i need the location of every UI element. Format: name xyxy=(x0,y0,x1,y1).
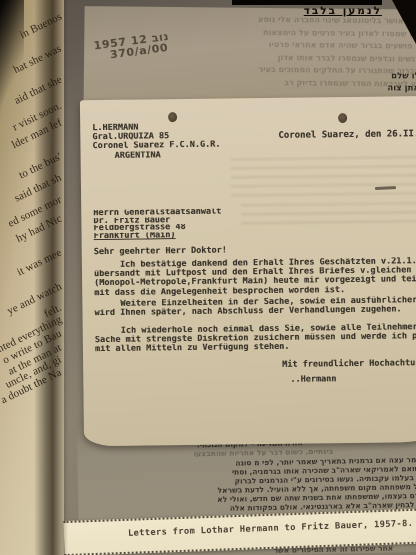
left-page-text-fragment: it was mee xyxy=(15,247,63,279)
letter-paragraph: Weitere Einzelheiten in der Sache, sowie… xyxy=(94,296,416,319)
book-photo: נאמר אושר בליטונטאג שינוי הסברה אלי נוסע… xyxy=(0,0,416,555)
ghost-text-smear xyxy=(241,202,416,230)
plate-page: נאמר אושר בליטונטאג שינוי הסברה אלי נוסע… xyxy=(36,0,416,555)
letter-sender-block: L.HERMANN Gral.URQUIZA 85 Coronel Suarez… xyxy=(92,123,220,161)
left-page-text-fragment: hat she was xyxy=(12,43,64,76)
letter-document: L.HERMANN Gral.URQUIZA 85 Coronel Suarez… xyxy=(80,96,416,446)
letter-dateline: Coronel Suarez, den 26.II.1958 xyxy=(278,129,416,141)
margin-note-line: מאתן צוה xyxy=(383,83,416,95)
faint-line: ידוע לערכאות הסדר שנמסרו בדיוק רב xyxy=(121,75,416,91)
recipient-line: Frankfurt (Main) xyxy=(94,231,222,240)
page-corner-shadow xyxy=(392,0,416,44)
left-page: in Buenos hat she was aid that she r vis… xyxy=(0,0,64,555)
caption-label: Letters from Lothar Hermann to Fritz Bau… xyxy=(128,519,414,539)
restricted-header: לנמען בלבד xyxy=(232,0,382,17)
margin-note: אלו שלם מאתן צוה xyxy=(383,71,416,94)
letter-closing: Mit freundlicher Hochachtung xyxy=(282,358,416,370)
restricted-label: לנמען בלבד xyxy=(264,5,382,17)
sender-line: ARGENTINA xyxy=(93,150,221,161)
letter-recipient-block: Herrn Generalstaatsanwalt Dr. Fritz Baue… xyxy=(93,209,221,241)
punch-hole-mark xyxy=(338,113,347,123)
punch-hole-mark xyxy=(168,112,177,122)
letter-paragraph: Ich bestätige dankend den Erhalt Ihres G… xyxy=(94,257,416,298)
left-page-text-fragment: in Buenos xyxy=(18,11,64,42)
margin-note-line: אלו שלם xyxy=(383,71,416,83)
ghost-text-smear xyxy=(231,156,416,199)
letter-salutation: Sehr geehrter Herr Doktor! xyxy=(94,245,227,257)
letter-signature: ..Hermann xyxy=(290,374,336,385)
letter-paragraph: Ich wiederhole noch einmal dass Sie, sow… xyxy=(95,323,416,355)
